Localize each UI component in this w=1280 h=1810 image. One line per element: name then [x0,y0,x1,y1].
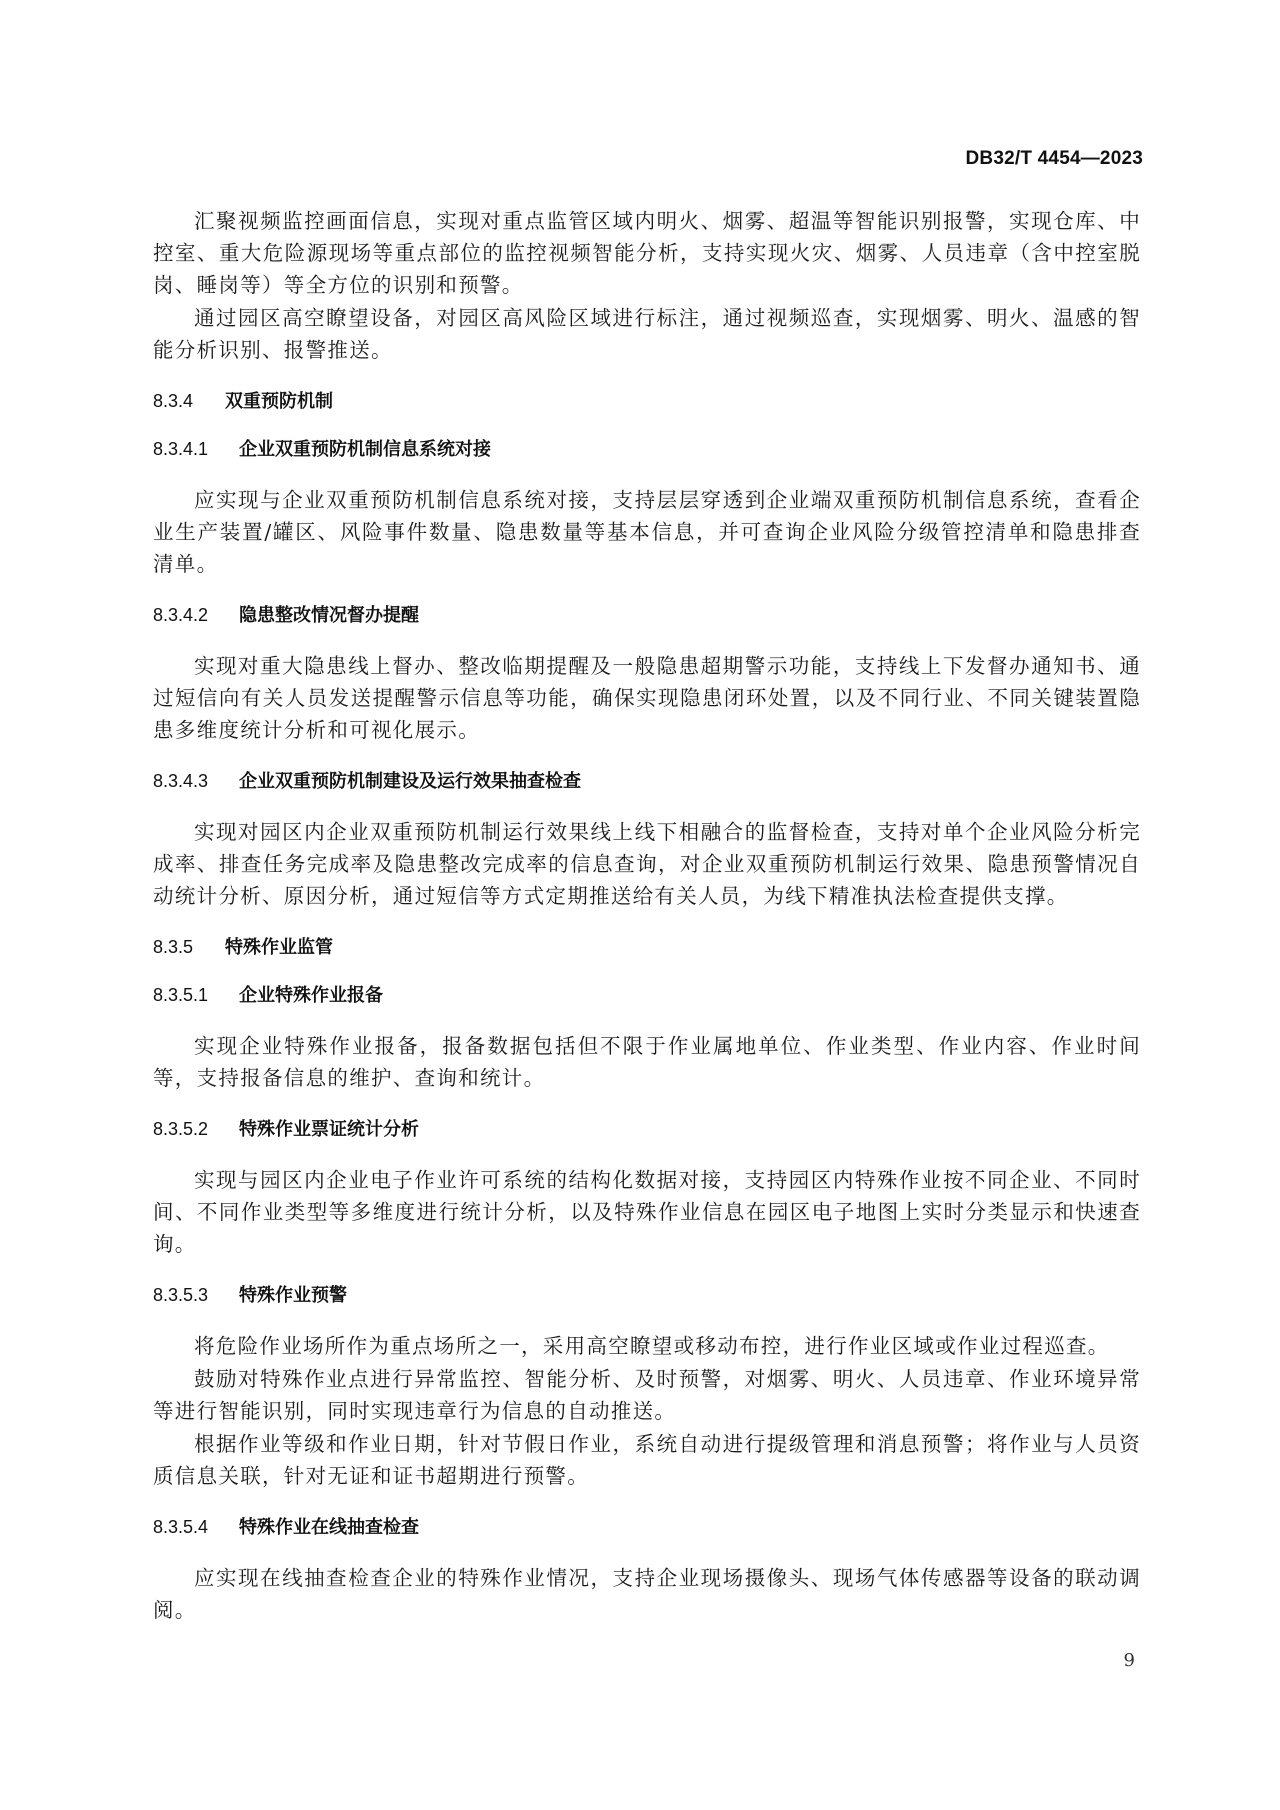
section-number: 8.3.5 [153,934,225,960]
paragraph: 应实现与企业双重预防机制信息系统对接，支持层层穿透到企业端双重预防机制信息系统，… [153,484,1141,580]
paragraph: 根据作业等级和作业日期，针对节假日作业，系统自动进行提级管理和消息预警；将作业与… [153,1428,1141,1492]
paragraph: 汇聚视频监控画面信息，实现对重点监管区域内明火、烟雾、超温等智能识别报警，实现仓… [153,205,1141,301]
paragraph: 将危险作业场所作为重点场所之一，采用高空瞭望或移动布控，进行作业区域或作业过程巡… [153,1330,1141,1362]
paragraph: 应实现在线抽查检查企业的特殊作业情况，支持企业现场摄像头、现场气体传感器等设备的… [153,1562,1141,1626]
section-title: 特殊作业票证统计分析 [239,1119,419,1139]
section-heading-8-3-4-2: 8.3.4.2隐患整改情况督办提醒 [153,602,1141,628]
paragraph: 实现对园区内企业双重预防机制运行效果线上线下相融合的监督检查，支持对单个企业风险… [153,816,1141,912]
document-body: 汇聚视频监控画面信息，实现对重点监管区域内明火、烟雾、超温等智能识别报警，实现仓… [153,205,1141,1627]
document-page: DB32/T 4454—2023 汇聚视频监控画面信息，实现对重点监管区域内明火… [0,0,1280,1810]
paragraph: 实现对重大隐患线上督办、整改临期提醒及一般隐患超期警示功能，支持线上下发督办通知… [153,650,1141,746]
section-number: 8.3.4 [153,388,225,414]
section-heading-8-3-5-2: 8.3.5.2特殊作业票证统计分析 [153,1116,1141,1142]
section-title: 特殊作业在线抽查检查 [239,1517,419,1537]
paragraph: 实现与园区内企业电子作业许可系统的结构化数据对接，支持园区内特殊作业按不同企业、… [153,1164,1141,1260]
page-number: 9 [1124,1650,1135,1671]
section-number: 8.3.5.4 [153,1514,239,1540]
section-heading-8-3-4-3: 8.3.4.3企业双重预防机制建设及运行效果抽查检查 [153,768,1141,794]
section-title: 特殊作业预警 [239,1285,347,1305]
section-number: 8.3.4.3 [153,768,239,794]
section-heading-8-3-4: 8.3.4双重预防机制 [153,388,1141,414]
section-heading-8-3-4-1: 8.3.4.1企业双重预防机制信息系统对接 [153,436,1141,462]
section-number: 8.3.4.2 [153,602,239,628]
section-heading-8-3-5-1: 8.3.5.1企业特殊作业报备 [153,982,1141,1008]
paragraph: 鼓励对特殊作业点进行异常监控、智能分析、及时预警，对烟雾、明火、人员违章、作业环… [153,1363,1141,1427]
section-heading-8-3-5: 8.3.5特殊作业监管 [153,934,1141,960]
section-number: 8.3.4.1 [153,436,239,462]
standard-code: DB32/T 4454—2023 [966,148,1143,170]
paragraph: 通过园区高空瞭望设备，对园区高风险区域进行标注，通过视频巡查，实现烟雾、明火、温… [153,302,1141,366]
section-number: 8.3.5.3 [153,1282,239,1308]
section-title: 企业双重预防机制信息系统对接 [239,439,491,459]
section-number: 8.3.5.2 [153,1116,239,1142]
section-number: 8.3.5.1 [153,982,239,1008]
section-heading-8-3-5-4: 8.3.5.4特殊作业在线抽查检查 [153,1514,1141,1540]
paragraph: 实现企业特殊作业报备，报备数据包括但不限于作业属地单位、作业类型、作业内容、作业… [153,1030,1141,1094]
section-title: 隐患整改情况督办提醒 [239,605,419,625]
section-title: 双重预防机制 [225,391,333,411]
section-title: 特殊作业监管 [225,937,333,957]
section-title: 企业双重预防机制建设及运行效果抽查检查 [239,771,581,791]
section-title: 企业特殊作业报备 [239,985,383,1005]
section-heading-8-3-5-3: 8.3.5.3特殊作业预警 [153,1282,1141,1308]
